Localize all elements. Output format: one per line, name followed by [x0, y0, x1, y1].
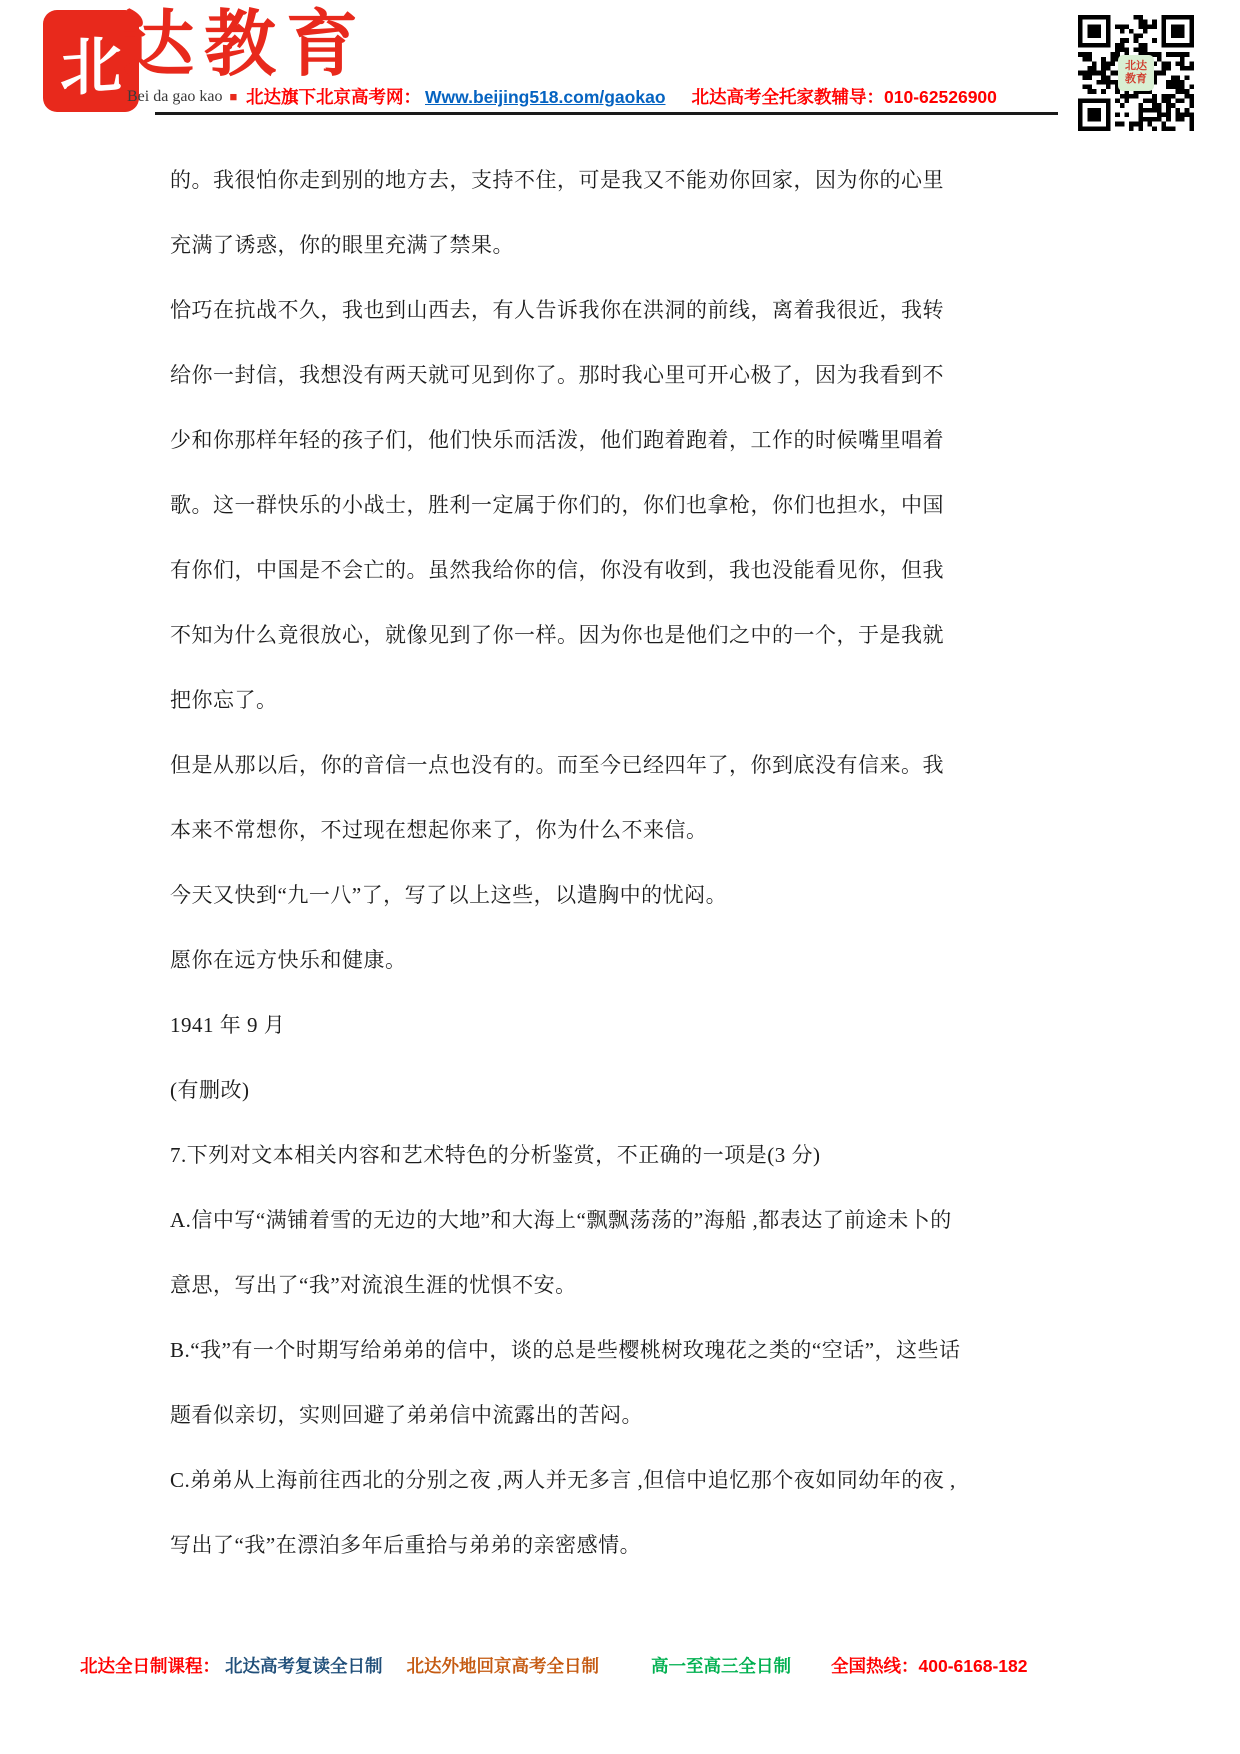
- body-line: 题看似亲切，实则回避了弟弟信中流露出的苦闷。: [170, 1383, 1010, 1448]
- body-line: 不知为什么竟很放心，就像见到了你一样。因为你也是他们之中的一个，于是我就: [170, 603, 1010, 668]
- gaokao-site-link[interactable]: Www.beijing518.com/gaokao: [425, 87, 666, 108]
- logo-brand-text: 达教育: [122, 2, 368, 88]
- passage-text: 的。我很怕你走到别的地方去，支持不住，可是我又不能劝你回家，因为你的心里充满了诱…: [170, 148, 1010, 1578]
- qr-center-label: 北达 教育: [1118, 55, 1154, 91]
- logo-seal-char: 北: [60, 14, 122, 108]
- header-contact-line: 北达旗下北京高考网： Www.beijing518.com/gaokao 北达高…: [246, 84, 997, 109]
- body-line: A.信中写“满铺着雪的无边的大地”和大海上“飘飘荡荡的”海船 ,都表达了前途未卜…: [170, 1188, 1010, 1253]
- qr-label-line1: 北达: [1125, 60, 1147, 73]
- body-line: 恰巧在抗战不久，我也到山西去，有人告诉我你在洪洞的前线，离着我很近，我转: [170, 278, 1010, 343]
- tutoring-phone: 010-62526900: [884, 87, 997, 108]
- footer-segment: 高一至高三全日制: [651, 1653, 791, 1678]
- document-page: 北 达教育 Bei da gao kao ■ 北达旗下北京高考网： Www.be…: [0, 0, 1240, 1754]
- footer: 北达全日制课程：北达高考复读全日制北达外地回京高考全日制高一至高三全日制全国热线…: [80, 1653, 1200, 1678]
- body-line: B.“我”有一个时期写给弟弟的信中，谈的总是些樱桃树玫瑰花之类的“空话”，这些话: [170, 1318, 1010, 1383]
- body-line: 的。我很怕你走到别的地方去，支持不住，可是我又不能劝你回家，因为你的心里: [170, 148, 1010, 213]
- logo-bullet-icon: ■: [230, 89, 238, 105]
- body-line: 有你们，中国是不会亡的。虽然我给你的信，你没有收到，我也没能看见你，但我: [170, 538, 1010, 603]
- body-line: 今天又快到“九一八”了，写了以上这些，以遣胸中的忧闷。: [170, 863, 1010, 928]
- body-line: 本来不常想你，不过现在想起你来了，你为什么不来信。: [170, 798, 1010, 863]
- qr-code: 北达 教育: [1078, 15, 1194, 131]
- footer-segment: 北达高考复读全日制: [225, 1653, 383, 1678]
- body-line: 写出了“我”在漂泊多年后重拾与弟弟的亲密感情。: [170, 1513, 1010, 1578]
- footer-segment: 北达全日制课程：: [80, 1653, 220, 1678]
- body-line: 给你一封信，我想没有两天就可见到你了。那时我心里可开心极了，因为我看到不: [170, 343, 1010, 408]
- logo-subtitle-text: Bei da gao kao: [127, 88, 223, 106]
- header-divider: [155, 112, 1058, 115]
- body-line: 少和你那样年轻的孩子们，他们快乐而活泼，他们跑着跑着，工作的时候嘴里唱着: [170, 408, 1010, 473]
- body-line: 把你忘了。: [170, 668, 1010, 733]
- body-line: C.弟弟从上海前往西北的分别之夜 ,两人并无多言 ,但信中追忆那个夜如同幼年的夜…: [170, 1448, 1010, 1513]
- body-line: 意思，写出了“我”对流浪生涯的忧惧不安。: [170, 1253, 1010, 1318]
- logo-subtitle: Bei da gao kao ■: [127, 88, 237, 106]
- body-line: 愿你在远方快乐和健康。: [170, 928, 1010, 993]
- body-line: 7.下列对文本相关内容和艺术特色的分析鉴赏，不正确的一项是(3 分): [170, 1123, 1010, 1188]
- body-line: 充满了诱惑，你的眼里充满了禁果。: [170, 213, 1010, 278]
- body-line: (有删改): [170, 1058, 1010, 1123]
- footer-segment: 北达外地回京高考全日制: [407, 1653, 600, 1678]
- footer-segment: 全国热线：400-6168-182: [831, 1653, 1027, 1678]
- body-line: 1941 年 9 月: [170, 993, 1010, 1058]
- qr-label-line2: 教育: [1125, 73, 1147, 86]
- body-line: 但是从那以后，你的音信一点也没有的。而至今已经四年了，你到底没有信来。我: [170, 733, 1010, 798]
- tutoring-label: 北达高考全托家教辅导：: [692, 84, 885, 109]
- body-line: 歌。这一群快乐的小战士，胜利一定属于你们的，你们也拿枪，你们也担水，中国: [170, 473, 1010, 538]
- site-prefix-label: 北达旗下北京高考网：: [246, 84, 421, 109]
